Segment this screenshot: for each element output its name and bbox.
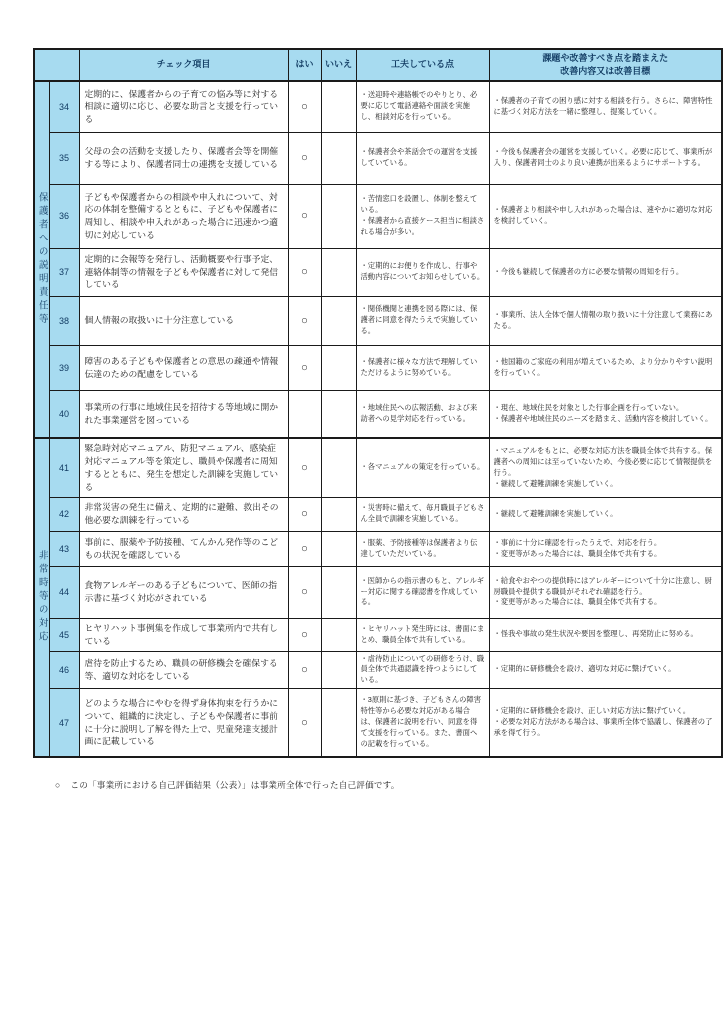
kufuu-text: ・苦情窓口を設置し、体制を整えている。 ・保護者から直接ケース担当に相談される場… [356,184,489,248]
row-number: 46 [49,651,79,689]
kufuu-text: ・ヒヤリハット発生時には、書面にまとめ、職員全体で共有している。 [356,618,489,651]
table-row: 35父母の会の活動を支援したり、保護者会等を開催する等により、保護者同士の連携を… [34,132,722,184]
kufuu-text: ・保護者会や茶話会での運営を支援していている。 [356,132,489,184]
table-row: 37定期的に会報等を発行し、活動概要や行事予定、連絡体制等の情報を子どもや保護者… [34,248,722,296]
yes-mark: ○ [288,651,321,689]
kaizen-text: ・マニュアルをもとに、必要な対応方法を職員全体で共有する。保護者への周知には至っ… [489,438,722,497]
no-mark [321,651,356,689]
no-mark [321,345,356,390]
kufuu-text: ・送迎時や連絡帳でのやりとり、必要に応じて電話連絡や面談を実施し、相談対応を行っ… [356,81,489,132]
check-item-text: 緊急時対応マニュアル、防犯マニュアル、感染症対応マニュアル等を策定し、職員や保護… [79,438,288,497]
no-mark [321,566,356,618]
kaizen-text: ・現在、地域住民を対象とした行事企画を行っていない。 ・保護者や地域住民のニーズ… [489,390,722,438]
no-mark [321,438,356,497]
check-item-text: 事業所の行事に地域住民を招待する等地域に開かれた事業運営を図っている [79,390,288,438]
kufuu-text: ・災害時に備えて、毎月職員子どもさん全員で訓練を実施している。 [356,497,489,531]
row-number: 37 [49,248,79,296]
row-number: 41 [49,438,79,497]
check-item-text: 非常災害の発生に備え、定期的に避難、救出その他必要な訓練を行っている [79,497,288,531]
kaizen-text: ・他国籍のご家庭の利用が増えているため、より分かりやすい説明を行っていく。 [489,345,722,390]
no-mark [321,390,356,438]
check-item-text: 虐待を防止するため、職員の研修機会を確保する等、適切な対応をしている [79,651,288,689]
yes-mark: ○ [288,248,321,296]
table-header: チェック項目 はい いいえ 工夫している点 課題や改善すべき点を踏まえた 改善内… [34,49,722,81]
kaizen-text: ・定期的に研修機会を設け、正しい対応方法に繋げていく。 ・必要な対応方法がある場… [489,689,722,757]
footnote-circle-mark: ○ [55,780,60,790]
kufuu-text: ・医師からの指示書のもと、アレルギー対応に関する確認書を作成している。 [356,566,489,618]
no-mark [321,618,356,651]
table-body: 保護者への説明責任等34定期的に、保護者からの子育ての悩み等に対する相談に適切に… [34,81,722,757]
footnote-text: この「事業所における自己評価結果（公表）」は事業所全体で行った自己評価です。 [70,780,399,790]
check-item-text: どのような場合にやむを得ず身体拘束を行うかについて、組織的に決定し、子どもや保護… [79,689,288,757]
row-number: 38 [49,296,79,345]
no-mark [321,689,356,757]
yes-mark: ○ [288,296,321,345]
table-row: 36子どもや保護者からの相談や申入れについて、対応の体制を整備するとともに、子ど… [34,184,722,248]
check-item-text: 父母の会の活動を支援したり、保護者会等を開催する等により、保護者同士の連携を支援… [79,132,288,184]
no-mark [321,296,356,345]
kaizen-text: ・事業所、法人全体で個人情報の取り扱いに十分注意して業務にあたる。 [489,296,722,345]
yes-mark: ○ [288,497,321,531]
row-number: 43 [49,531,79,566]
yes-mark: ○ [288,566,321,618]
self-evaluation-document-page: チェック項目 はい いいえ 工夫している点 課題や改善すべき点を踏まえた 改善内… [0,0,724,1024]
kufuu-text: ・保護者に様々な方法で理解していただけるように努めている。 [356,345,489,390]
row-number: 42 [49,497,79,531]
section-label: 保護者への説明責任等 [34,81,49,438]
no-mark [321,248,356,296]
row-number: 44 [49,566,79,618]
no-mark [321,497,356,531]
table-row: 40事業所の行事に地域住民を招待する等地域に開かれた事業運営を図っている・地域住… [34,390,722,438]
table-row: 45ヒヤリハット事例集を作成して事業所内で共有している○・ヒヤリハット発生時には… [34,618,722,651]
check-item-text: 障害のある子どもや保護者との意思の疎通や情報伝達のための配慮をしている [79,345,288,390]
kaizen-text: ・保護者より相談や申し入れがあった場合は、速やかに適切な対応を検討していく。 [489,184,722,248]
table-row: 46虐待を防止するため、職員の研修機会を確保する等、適切な対応をしている○・虐待… [34,651,722,689]
check-item-text: 事前に、服薬や予防接種、てんかん発作等のこどもの状況を確認している [79,531,288,566]
yes-mark: ○ [288,438,321,497]
kufuu-text: ・関係機関と連携を図る際には、保護者に同意を得たうえで実施している。 [356,296,489,345]
header-row: チェック項目 はい いいえ 工夫している点 課題や改善すべき点を踏まえた 改善内… [34,49,722,81]
yes-mark: ○ [288,345,321,390]
header-no: いいえ [321,49,356,81]
section-label: 非常時等の対応 [34,438,49,757]
no-mark [321,81,356,132]
check-item-text: ヒヤリハット事例集を作成して事業所内で共有している [79,618,288,651]
kufuu-text: ・定期的にお便りを作成し、行事や活動内容についてお知らせしている。 [356,248,489,296]
kufuu-text: ・各マニュアルの策定を行っている。 [356,438,489,497]
yes-mark: ○ [288,689,321,757]
header-corner-cell [34,49,79,81]
row-number: 40 [49,390,79,438]
kufuu-text: ・服薬、予防接種等は保護者より伝達していただいている。 [356,531,489,566]
no-mark [321,132,356,184]
table-row: 非常時等の対応41緊急時対応マニュアル、防犯マニュアル、感染症対応マニュアル等を… [34,438,722,497]
table-row: 38個人情報の取扱いに十分注意している○・関係機関と連携を図る際には、保護者に同… [34,296,722,345]
check-item-text: 子どもや保護者からの相談や申入れについて、対応の体制を整備するとともに、子どもや… [79,184,288,248]
row-number: 36 [49,184,79,248]
header-yes: はい [288,49,321,81]
kaizen-text: ・今後も継続して保護者の方に必要な情報の周知を行う。 [489,248,722,296]
check-item-text: 定期的に会報等を発行し、活動概要や行事予定、連絡体制等の情報を子どもや保護者に対… [79,248,288,296]
kufuu-text: ・地域住民への広報活動、および来訪者への見学対応を行っている。 [356,390,489,438]
yes-mark: ○ [288,184,321,248]
header-check-item: チェック項目 [79,49,288,81]
row-number: 47 [49,689,79,757]
header-kufuu: 工夫している点 [356,49,489,81]
kufuu-text: ・虐待防止についての研修をうけ、職員全体で共通認識を持つようにしている。 [356,651,489,689]
row-number: 39 [49,345,79,390]
kaizen-text: ・保護者の子育ての困り感に対する相談を行う。さらに、障害特性に基づく対応方法を一… [489,81,722,132]
check-item-text: 食物アレルギーのある子どもについて、医師の指示書に基づく対応がされている [79,566,288,618]
check-item-text: 個人情報の取扱いに十分注意している [79,296,288,345]
no-mark [321,184,356,248]
kaizen-text: ・今後も保護者会の運営を支援していく。必要に応じて、事業所が入り、保護者同士のよ… [489,132,722,184]
self-evaluation-table: チェック項目 はい いいえ 工夫している点 課題や改善すべき点を踏まえた 改善内… [33,48,723,758]
row-number: 34 [49,81,79,132]
kaizen-text: ・怪我や事故の発生状況や要因を整理し、再発防止に努める。 [489,618,722,651]
kaizen-text: ・給食やおやつの提供時にはアレルギーについて十分に注意し、厨房職員や提供する職員… [489,566,722,618]
table-row: 42非常災害の発生に備え、定期的に避難、救出その他必要な訓練を行っている○・災害… [34,497,722,531]
yes-mark: ○ [288,132,321,184]
row-number: 35 [49,132,79,184]
kaizen-text: ・継続して避難訓練を実施していく。 [489,497,722,531]
table-row: 47どのような場合にやむを得ず身体拘束を行うかについて、組織的に決定し、子どもや… [34,689,722,757]
kufuu-text: ・3原則に基づき、子どもさんの障害特性等から必要な対応がある場合は、保護者に説明… [356,689,489,757]
footnote: ○この「事業所における自己評価結果（公表）」は事業所全体で行った自己評価です。 [55,779,400,791]
kaizen-text: ・定期的に研修機会を設け、適切な対応に繋げていく。 [489,651,722,689]
header-kaizen: 課題や改善すべき点を踏まえた 改善内容又は改善目標 [489,49,722,81]
row-number: 45 [49,618,79,651]
yes-mark: ○ [288,531,321,566]
table-row: 保護者への説明責任等34定期的に、保護者からの子育ての悩み等に対する相談に適切に… [34,81,722,132]
table-row: 44食物アレルギーのある子どもについて、医師の指示書に基づく対応がされている○・… [34,566,722,618]
no-mark [321,531,356,566]
yes-mark: ○ [288,618,321,651]
yes-mark [288,390,321,438]
check-item-text: 定期的に、保護者からの子育ての悩み等に対する相談に適切に応じ、必要な助言と支援を… [79,81,288,132]
table-row: 43事前に、服薬や予防接種、てんかん発作等のこどもの状況を確認している○・服薬、… [34,531,722,566]
kaizen-text: ・事前に十分に確認を行ったうえで、対応を行う。 ・変更等があった場合には、職員全… [489,531,722,566]
table-row: 39障害のある子どもや保護者との意思の疎通や情報伝達のための配慮をしている○・保… [34,345,722,390]
yes-mark: ○ [288,81,321,132]
